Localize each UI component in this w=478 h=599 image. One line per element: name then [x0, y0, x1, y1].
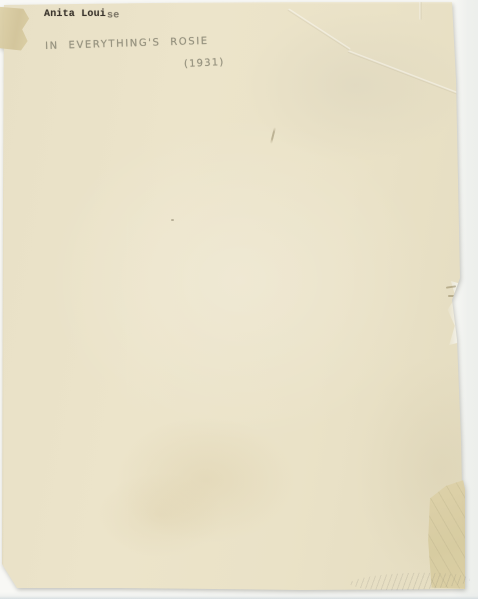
- handwritten-title: IN EVERYTHING'S ROSIE: [45, 36, 209, 52]
- edge-damage-mark: [448, 295, 456, 297]
- crease-top-right-upper: [287, 8, 351, 51]
- typed-caption-main: Anita Loui: [44, 9, 106, 20]
- typed-caption-tail: se: [107, 11, 119, 22]
- crease-top-right-lower: [347, 50, 471, 100]
- scan-background: Anita Louise IN EVERYTHING'S ROSIE (1931…: [0, 0, 478, 599]
- photo-paper-wrapper: Anita Louise IN EVERYTHING'S ROSIE (1931…: [0, 0, 478, 599]
- crease-top-edge: [419, 0, 422, 20]
- paper-speck: [171, 219, 174, 221]
- typed-caption: Anita Louise: [44, 9, 119, 20]
- handwritten-year: (1931): [184, 57, 225, 70]
- torn-edge-right: [446, 281, 462, 345]
- scratch-mark: [270, 127, 276, 144]
- photo-paper-back: Anita Louise IN EVERYTHING'S ROSIE (1931…: [0, 0, 478, 599]
